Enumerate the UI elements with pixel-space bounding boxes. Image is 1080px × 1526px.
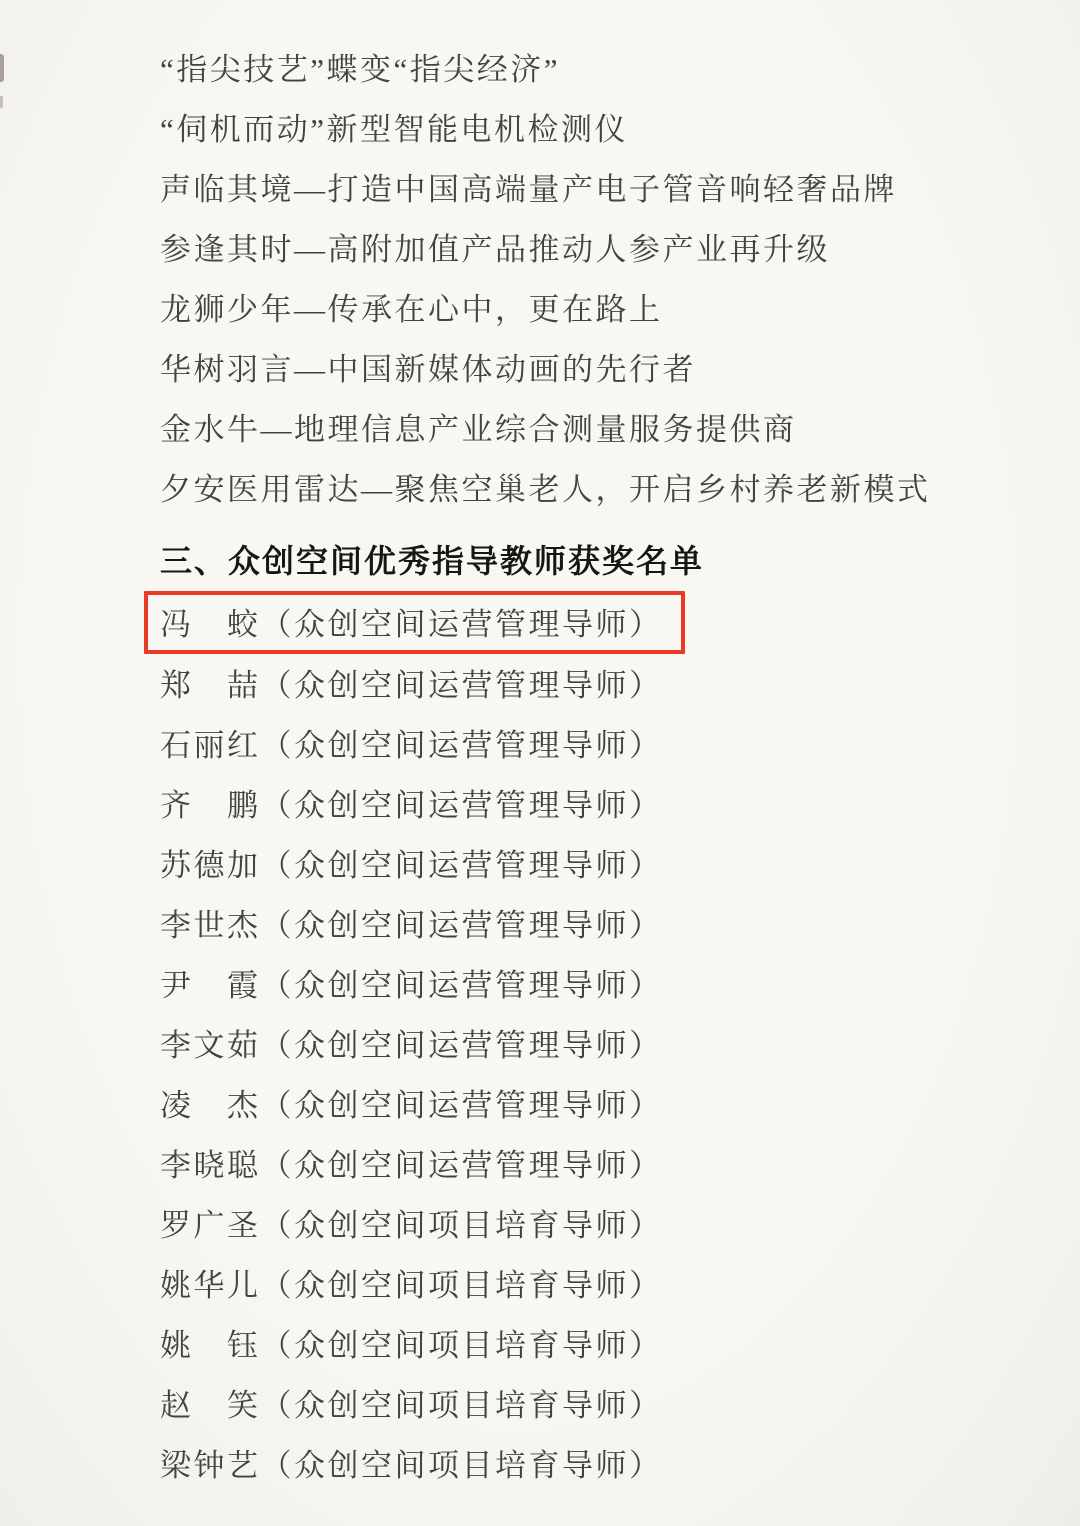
winner-role: （众创空间运营管理导师） xyxy=(261,900,663,945)
winner-name: 梁钟艺 xyxy=(160,1440,261,1485)
scan-edge-artifact xyxy=(0,54,4,82)
winner-role: （众创空间运营管理导师） xyxy=(261,780,663,825)
winner-row: 姚华儿（众创空间项目培育导师） xyxy=(160,1252,1040,1312)
section-heading: 三、众创空间优秀指导教师获奖名单 xyxy=(160,526,1040,592)
project-line: “伺机而动”新型智能电机检测仪 xyxy=(160,96,1040,156)
winner-role: （众创空间项目培育导师） xyxy=(261,1200,663,1245)
project-line: 参逢其时—高附加值产品推动人参产业再升级 xyxy=(160,216,1040,276)
winner-row: 罗广圣（众创空间项目培育导师） xyxy=(160,1192,1040,1252)
winner-name: 姚 钰 xyxy=(160,1320,261,1365)
winner-role: （众创空间运营管理导师） xyxy=(261,1140,663,1185)
winner-name: 冯 蛟 xyxy=(160,599,261,644)
winner-row: 凌 杰（众创空间运营管理导师） xyxy=(160,1072,1040,1132)
project-line: 夕安医用雷达—聚焦空巢老人，开启乡村养老新模式 xyxy=(160,456,1040,516)
winner-role: （众创空间运营管理导师） xyxy=(261,599,663,644)
winner-name: 赵 笑 xyxy=(160,1380,261,1425)
winner-name: 石丽红 xyxy=(160,720,261,765)
winner-role: （众创空间运营管理导师） xyxy=(261,1020,663,1065)
winner-row: 冯 蛟（众创空间运营管理导师） xyxy=(160,592,1040,652)
winner-row: 李晓聪（众创空间运营管理导师） xyxy=(160,1132,1040,1192)
winner-row: 李世杰（众创空间运营管理导师） xyxy=(160,892,1040,952)
winner-name: 齐 鹏 xyxy=(160,780,261,825)
winner-row: 赵 笑（众创空间项目培育导师） xyxy=(160,1372,1040,1432)
winner-role: （众创空间运营管理导师） xyxy=(261,660,663,705)
winner-row: 尹 霞（众创空间运营管理导师） xyxy=(160,952,1040,1012)
document-content: “指尖技艺”蝶变“指尖经济” “伺机而动”新型智能电机检测仪 声临其境—打造中国… xyxy=(0,0,1080,1492)
scan-edge-artifact xyxy=(0,96,3,108)
project-line: 声临其境—打造中国高端量产电子管音响轻奢品牌 xyxy=(160,156,1040,216)
winner-row: 郑 喆（众创空间运营管理导师） xyxy=(160,652,1040,712)
winner-name: 李世杰 xyxy=(160,900,261,945)
project-line: 华树羽言—中国新媒体动画的先行者 xyxy=(160,336,1040,396)
winner-role: （众创空间运营管理导师） xyxy=(261,960,663,1005)
winner-name: 李晓聪 xyxy=(160,1140,261,1185)
winner-row: 石丽红（众创空间运营管理导师） xyxy=(160,712,1040,772)
winner-row: 姚 钰（众创空间项目培育导师） xyxy=(160,1312,1040,1372)
winner-name: 罗广圣 xyxy=(160,1200,261,1245)
winner-row: 李文茹（众创空间运营管理导师） xyxy=(160,1012,1040,1072)
winner-name: 郑 喆 xyxy=(160,660,261,705)
winner-name: 苏德加 xyxy=(160,840,261,885)
winner-name: 姚华儿 xyxy=(160,1260,261,1305)
project-line: “指尖技艺”蝶变“指尖经济” xyxy=(160,36,1040,96)
project-line: 龙狮少年—传承在心中，更在路上 xyxy=(160,276,1040,336)
winner-row: 齐 鹏（众创空间运营管理导师） xyxy=(160,772,1040,832)
winner-role: （众创空间项目培育导师） xyxy=(261,1260,663,1305)
winner-role: （众创空间项目培育导师） xyxy=(261,1320,663,1365)
winner-role: （众创空间项目培育导师） xyxy=(261,1440,663,1485)
winner-name: 尹 霞 xyxy=(160,960,261,1005)
winner-row: 梁钟艺（众创空间项目培育导师） xyxy=(160,1432,1040,1492)
winner-role: （众创空间运营管理导师） xyxy=(261,840,663,885)
scanned-document-page: “指尖技艺”蝶变“指尖经济” “伺机而动”新型智能电机检测仪 声临其境—打造中国… xyxy=(0,0,1080,1526)
winner-role: （众创空间项目培育导师） xyxy=(261,1380,663,1425)
winner-name: 李文茹 xyxy=(160,1020,261,1065)
winner-role: （众创空间运营管理导师） xyxy=(261,720,663,765)
highlight-box: 冯 蛟（众创空间运营管理导师） xyxy=(144,591,685,654)
project-line: 金水牛—地理信息产业综合测量服务提供商 xyxy=(160,396,1040,456)
winner-row: 苏德加（众创空间运营管理导师） xyxy=(160,832,1040,892)
winner-name: 凌 杰 xyxy=(160,1080,261,1125)
winner-role: （众创空间运营管理导师） xyxy=(261,1080,663,1125)
